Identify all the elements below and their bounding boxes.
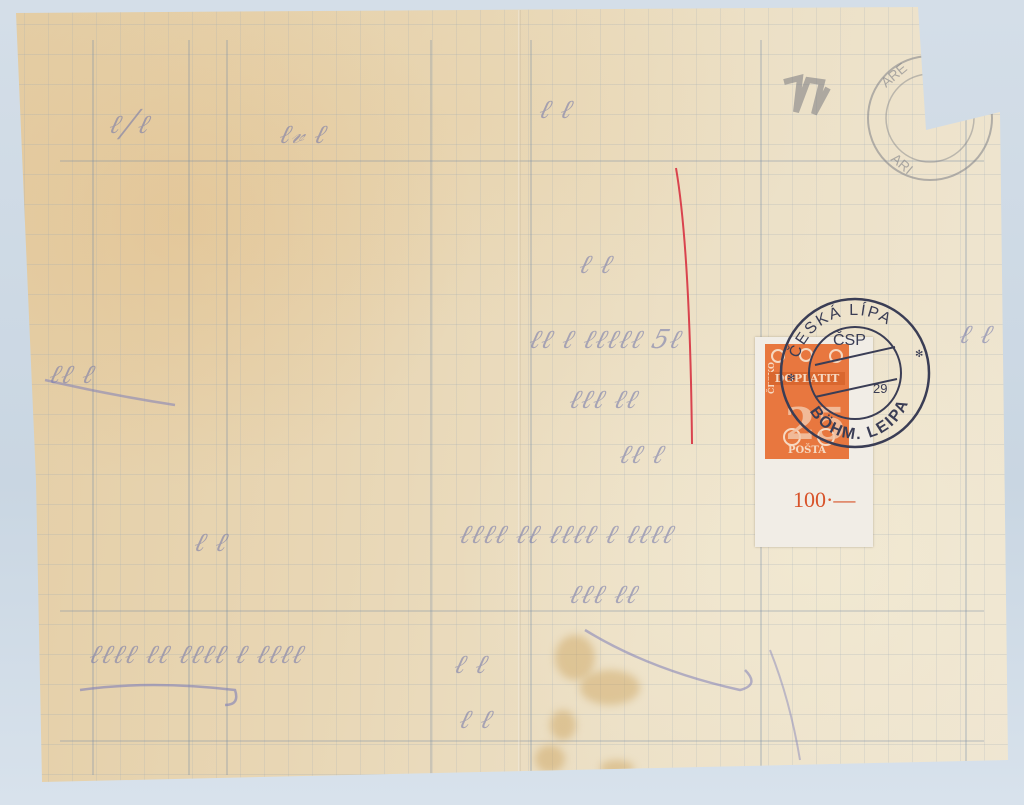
svg-text:✻: ✻ (787, 373, 795, 384)
cancellation-postmark: ČESKÁ LÍPA BÖHM. LEIPA ČSP 29 ✻ ✻ (775, 293, 935, 453)
svg-text:ČSP: ČSP (833, 330, 866, 349)
svg-text:✻: ✻ (915, 349, 923, 360)
svg-text:ARE: ARE (878, 60, 910, 91)
svg-text:ARI: ARI (888, 150, 916, 177)
svg-text:29: 29 (873, 381, 887, 396)
faded-stamp-mark (778, 68, 848, 138)
sheet-margin-value: 100·— (793, 487, 855, 513)
